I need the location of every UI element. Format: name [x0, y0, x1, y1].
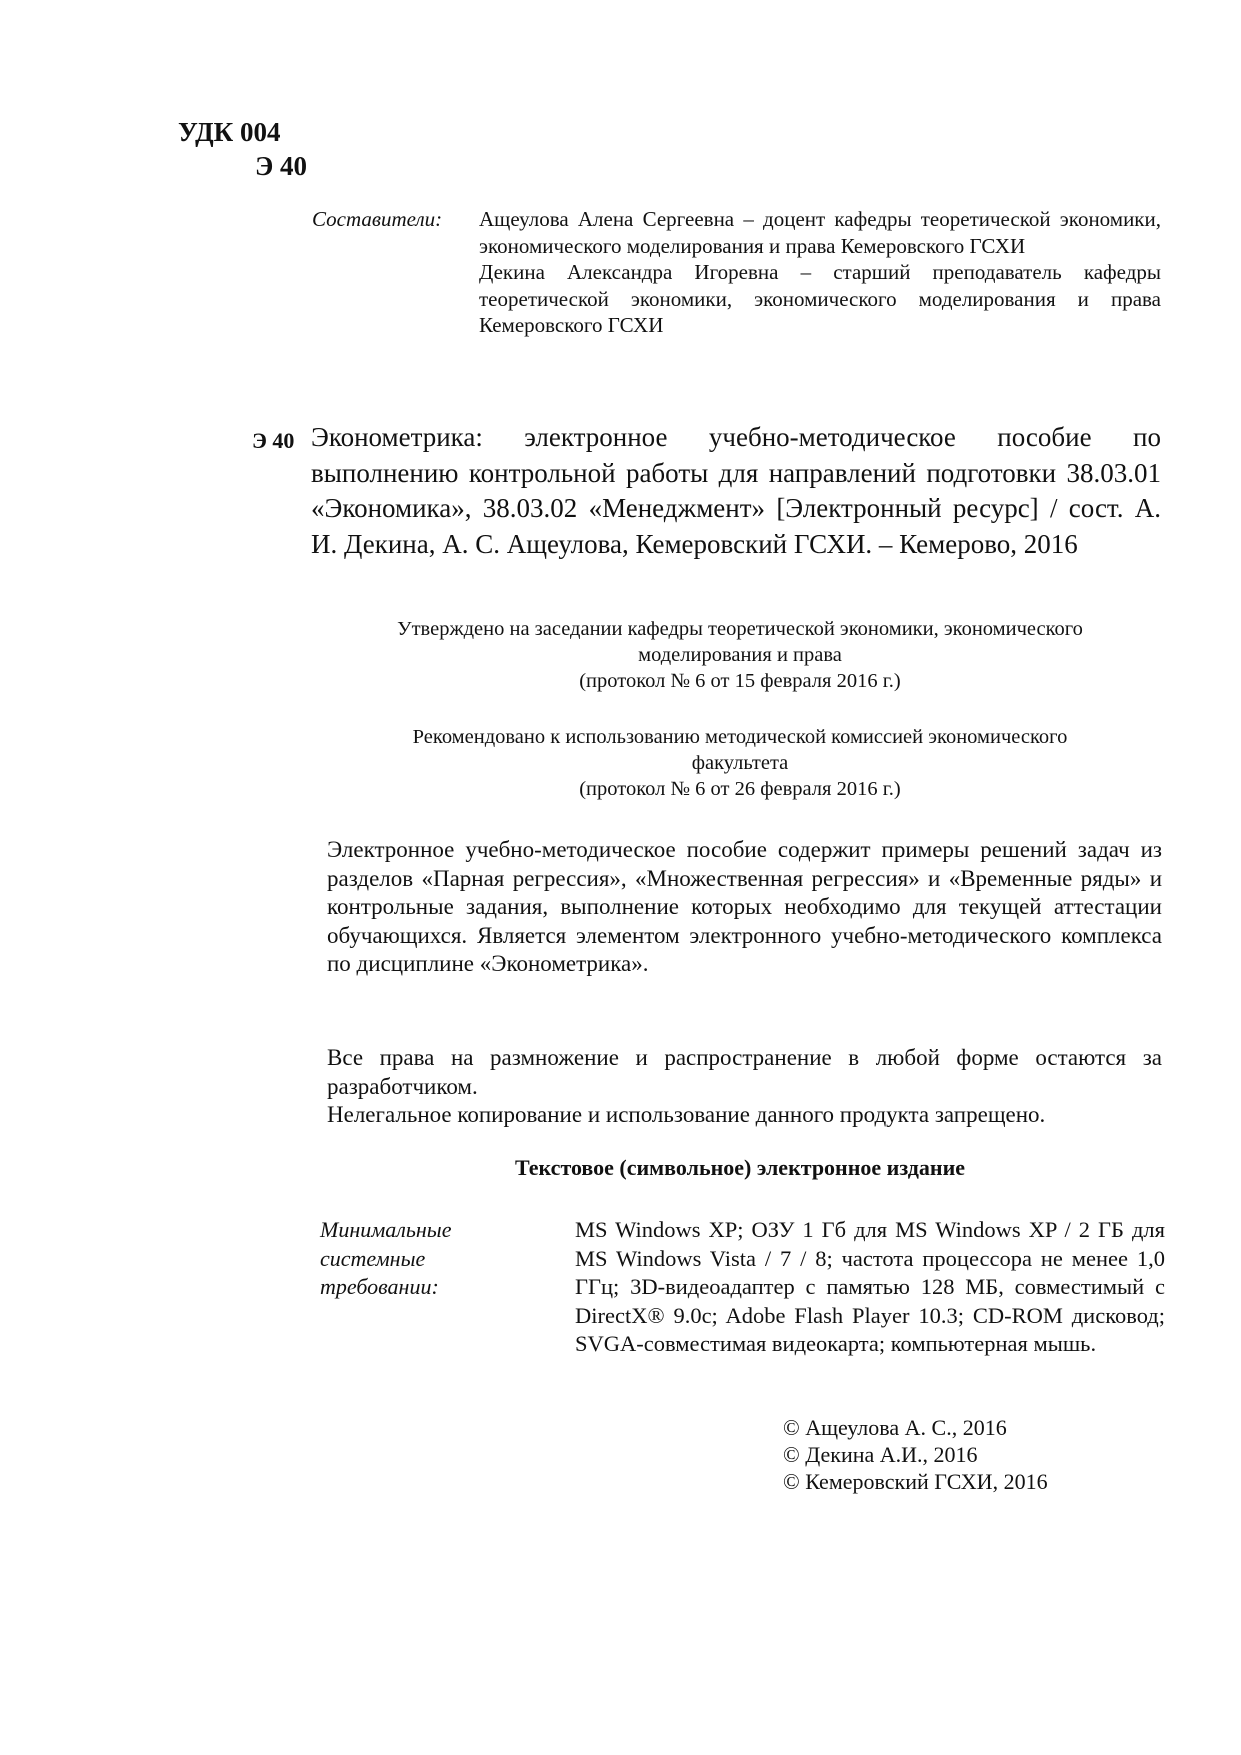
requirements-label-line: системные [320, 1245, 520, 1274]
rights-line: Все права на размножение и распространен… [327, 1044, 1162, 1101]
approval-line: Утверждено на заседании кафедры теоретич… [300, 616, 1180, 642]
requirements-label-line: Минимальные [320, 1216, 520, 1245]
bbk-code: Э 40 [255, 150, 307, 182]
approval-note: Утверждено на заседании кафедры теоретич… [300, 616, 1180, 694]
requirements-label: Минимальные системные требовании: [320, 1216, 520, 1302]
annotation-text: Электронное учебно-методическое пособие … [327, 836, 1162, 979]
bibliography-record: Эконометрика: электронное учебно-методич… [311, 420, 1161, 562]
recommendation-protocol: (протокол № 6 от 26 февраля 2016 г.) [300, 776, 1180, 802]
approval-protocol: (протокол № 6 от 15 февраля 2016 г.) [300, 668, 1180, 694]
compiler-entry: Декина Александра Игоревна – старший пре… [479, 259, 1161, 339]
recommendation-note: Рекомендовано к использованию методическ… [300, 724, 1180, 802]
approval-line: моделирования и права [300, 642, 1180, 668]
requirements-text: MS Windows XP; ОЗУ 1 Гб для MS Windows X… [575, 1216, 1165, 1359]
copyright-line: © Декина А.И., 2016 [783, 1441, 1048, 1468]
compiler-entry: Ащеулова Алена Сергеевна – доцент кафедр… [479, 206, 1161, 259]
annotation: Электронное учебно-методическое пособие … [327, 836, 1162, 979]
compilers-list: Ащеулова Алена Сергеевна – доцент кафедр… [479, 206, 1161, 339]
bibliography-code: Э 40 [252, 423, 294, 459]
compilers-label: Составители: [312, 206, 442, 232]
edition-type: Текстовое (символьное) электронное издан… [300, 1154, 1180, 1182]
rights-notice: Все права на размножение и распространен… [327, 1044, 1162, 1130]
udk-code: УДК 004 [178, 116, 281, 148]
recommendation-line: факультета [300, 750, 1180, 776]
copyright-line: © Кемеровский ГСХИ, 2016 [783, 1468, 1048, 1495]
copyright-block: © Ащеулова А. С., 2016 © Декина А.И., 20… [783, 1414, 1048, 1495]
copyright-line: © Ащеулова А. С., 2016 [783, 1414, 1048, 1441]
recommendation-line: Рекомендовано к использованию методическ… [300, 724, 1180, 750]
requirements-label-line: требовании: [320, 1273, 520, 1302]
rights-line: Нелегальное копирование и использование … [327, 1101, 1162, 1130]
